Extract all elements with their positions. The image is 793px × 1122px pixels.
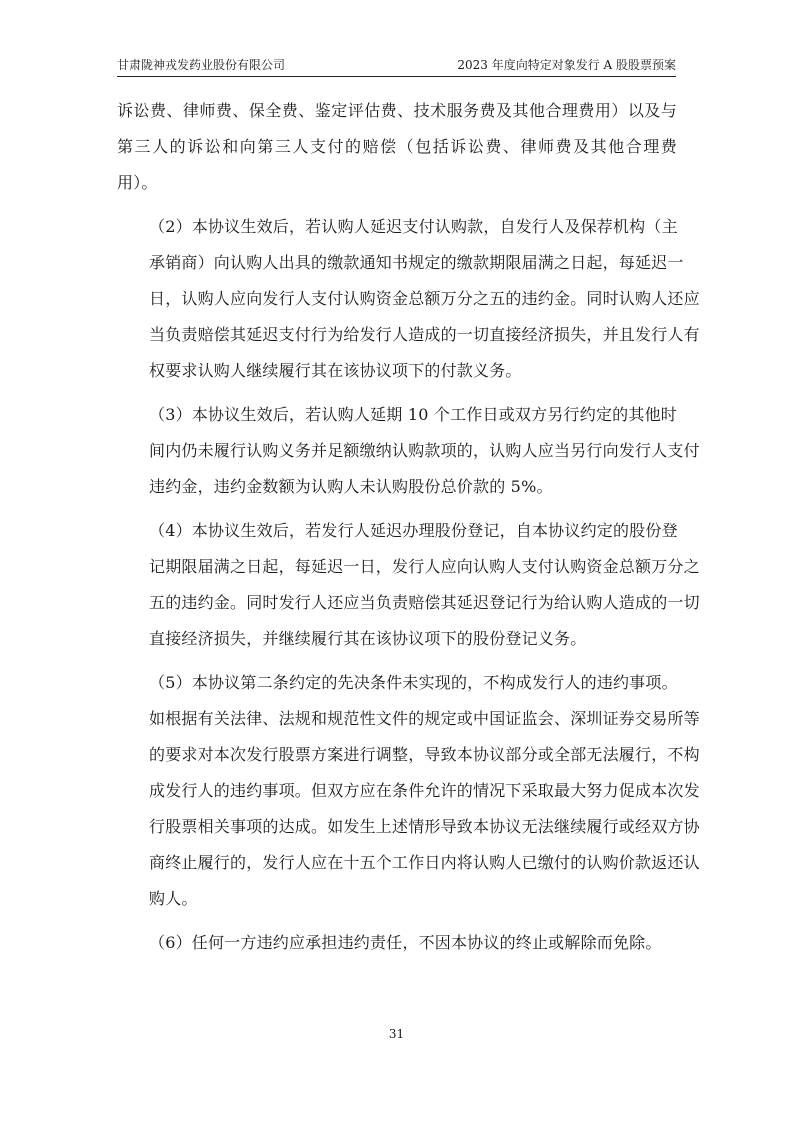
text-line: 购人。 bbox=[117, 881, 677, 917]
text-line: 用）。 bbox=[117, 165, 677, 201]
text-line: （5）本协议第二条约定的先决条件未实现的，不构成发行人的违约事项。 bbox=[117, 665, 677, 701]
text-line: 直接经济损失，并继续履行其在该协议项下的股份登记义务。 bbox=[117, 621, 677, 657]
document-body: 诉讼费、律师费、保全费、鉴定评估费、技术服务费及其他合理费用）以及与 第三人的诉… bbox=[117, 93, 677, 969]
text-line: 当负责赔偿其延迟支付行为给发行人造成的一切直接经济损失，并且发行人有 bbox=[117, 317, 677, 353]
text-line: 的要求对本次发行股票方案进行调整，导致本协议部分或全部无法履行，不构 bbox=[117, 737, 677, 773]
text-line: （6）任何一方违约应承担违约责任，不因本协议的终止或解除而免除。 bbox=[117, 925, 677, 961]
text-line: 诉讼费、律师费、保全费、鉴定评估费、技术服务费及其他合理费用）以及与 bbox=[117, 93, 677, 129]
text-line: 五的违约金。同时发行人还应当负责赔偿其延迟登记行为给认购人造成的一切 bbox=[117, 585, 677, 621]
text-line: 如根据有关法律、法规和规范性文件的规定或中国证监会、深圳证券交易所等 bbox=[117, 701, 677, 737]
text-line: 第三人的诉讼和向第三人支付的赔偿（包括诉讼费、律师费及其他合理费 bbox=[117, 129, 677, 165]
text-line: 行股票相关事项的达成。如发生上述情形导致本协议无法继续履行或经双方协 bbox=[117, 809, 677, 845]
text-line: （4）本协议生效后，若发行人延迟办理股份登记，自本协议约定的股份登 bbox=[117, 513, 677, 549]
paragraph-clause-3: （3）本协议生效后，若认购人延期 10 个工作日或双方另行约定的其他时 间内仍未… bbox=[117, 397, 677, 505]
text-line: 权要求认购人继续履行其在该协议项下的付款义务。 bbox=[117, 353, 677, 389]
text-line: 商终止履行的，发行人应在十五个工作日内将认购人已缴付的认购价款返还认 bbox=[117, 845, 677, 881]
page-number: 31 bbox=[0, 1027, 793, 1041]
text-line: 违约金，违约金数额为认购人未认购股份总价款的 5%。 bbox=[117, 469, 677, 505]
page-header: 甘肃陇神戎发药业股份有限公司 2023 年度向特定对象发行 A 股股票预案 bbox=[117, 56, 676, 77]
text-line: 记期限届满之日起，每延迟一日，发行人应向认购人支付认购资金总额万分之 bbox=[117, 549, 677, 585]
text-line: 成发行人的违约事项。但双方应在条件允许的情况下采取最大努力促成本次发 bbox=[117, 773, 677, 809]
text-line: 间内仍未履行认购义务并足额缴纳认购款项的，认购人应当另行向发行人支付 bbox=[117, 433, 677, 469]
paragraph-clause-4: （4）本协议生效后，若发行人延迟办理股份登记，自本协议约定的股份登 记期限届满之… bbox=[117, 513, 677, 657]
paragraph-clause-6: （6）任何一方违约应承担违约责任，不因本协议的终止或解除而免除。 bbox=[117, 925, 677, 961]
header-document-title: 2023 年度向特定对象发行 A 股股票预案 bbox=[457, 57, 676, 73]
text-line: 承销商）向认购人出具的缴款通知书规定的缴款期限届满之日起，每延迟一 bbox=[117, 245, 677, 281]
paragraph-continued: 诉讼费、律师费、保全费、鉴定评估费、技术服务费及其他合理费用）以及与 第三人的诉… bbox=[117, 93, 677, 201]
paragraph-clause-5: （5）本协议第二条约定的先决条件未实现的，不构成发行人的违约事项。 如根据有关法… bbox=[117, 665, 677, 917]
text-line: （2）本协议生效后，若认购人延迟支付认购款，自发行人及保荐机构（主 bbox=[117, 209, 677, 245]
paragraph-clause-2: （2）本协议生效后，若认购人延迟支付认购款，自发行人及保荐机构（主 承销商）向认… bbox=[117, 209, 677, 389]
text-line: （3）本协议生效后，若认购人延期 10 个工作日或双方另行约定的其他时 bbox=[117, 397, 677, 433]
text-line: 日，认购人应向发行人支付认购资金总额万分之五的违约金。同时认购人还应 bbox=[117, 281, 677, 317]
header-company-name: 甘肃陇神戎发药业股份有限公司 bbox=[117, 57, 285, 73]
